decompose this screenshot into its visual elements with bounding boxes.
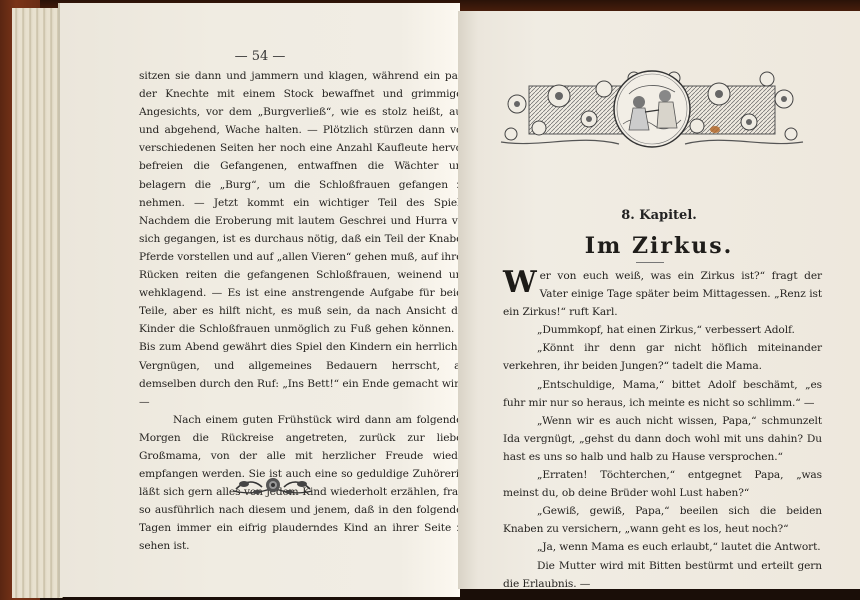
paper-stain xyxy=(710,126,720,133)
paragraph: „Gewiß, gewiß, Papa,“ beeilen sich die b… xyxy=(503,502,822,538)
paragraph: „Entschuldige, Mama,“ bittet Adolf besch… xyxy=(503,376,822,412)
chapter-label: 8. Kapitel. xyxy=(458,208,860,223)
paragraph: „Dummkopf, hat einen Zirkus,“ verbessert… xyxy=(503,321,822,339)
floral-vignette-icon xyxy=(499,64,805,154)
paragraph-text: er von euch weiß, was ein Zirkus ist?“ f… xyxy=(503,270,822,318)
chapter-title: Im Zirkus. xyxy=(458,233,860,259)
left-page: — 54 — sitzen sie dann und jammern und k… xyxy=(58,3,460,597)
right-page: 8. Kapitel. Im Zirkus. Wer von euch weiß… xyxy=(458,11,860,589)
paragraph: Wer von euch weiß, was ein Zirkus ist?“ … xyxy=(503,267,822,321)
page-stack-edges xyxy=(12,8,63,598)
paragraph: „Erraten! Töchterchen,“ entgegnet Papa, … xyxy=(503,466,822,502)
paragraph: sitzen sie dann und jammern und klagen, … xyxy=(139,67,469,411)
paragraph: „Ja, wenn Mama es euch erlaubt,“ lautet … xyxy=(503,538,822,556)
paragraph: Die Mutter wird mit Bitten bestürmt und … xyxy=(503,557,822,593)
floral-tailpiece-icon xyxy=(232,475,314,497)
drop-cap: W xyxy=(503,267,537,299)
page-number: — 54 — xyxy=(60,49,460,64)
title-divider xyxy=(636,262,664,263)
paragraph: „Wenn wir es auch nicht wissen, Papa,“ s… xyxy=(503,412,822,466)
paragraph: „Könnt ihr denn gar nicht höflich mitein… xyxy=(503,339,822,375)
right-page-text: Wer von euch weiß, was ein Zirkus ist?“ … xyxy=(503,267,822,593)
